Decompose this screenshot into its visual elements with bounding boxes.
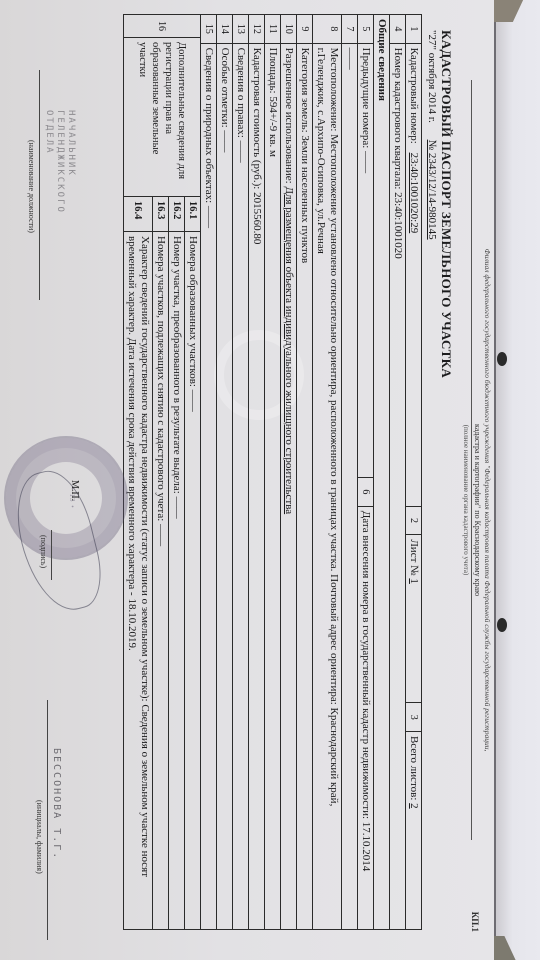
previous-numbers: —— bbox=[360, 151, 372, 173]
transformed-plot: —— bbox=[171, 497, 183, 519]
table-row: 14 Особые отметки: —— bbox=[217, 15, 233, 930]
table-row: 4 Номер кадастрового квартала: 23:40:100… bbox=[390, 15, 406, 930]
signature-caption: (подпись) bbox=[39, 535, 48, 568]
row-number: 13 bbox=[233, 15, 249, 44]
row-number: 7 bbox=[342, 15, 358, 44]
row-7-value: —— bbox=[342, 43, 358, 929]
row-number: 16 bbox=[124, 15, 200, 38]
document-date-line: "27" октября 2014 г. № 2343/12/14-980145 bbox=[426, 30, 438, 240]
form-code: КП.1 bbox=[470, 912, 480, 932]
row-number: 8 bbox=[313, 15, 342, 44]
land-category: Земли населенных пунктов bbox=[299, 135, 311, 263]
field-label: Номер участка, преобразованного в резуль… bbox=[171, 236, 183, 494]
row-number: 3 bbox=[406, 703, 422, 732]
row-number: 16.1 bbox=[185, 197, 201, 232]
table-row: 13 Сведения о правах: —— bbox=[233, 15, 249, 930]
table-row: 15 Сведения о природных объектах: —— bbox=[201, 15, 217, 930]
special-notes-cell: Особые отметки: —— bbox=[217, 43, 233, 929]
cadastral-number: 23:40:1001020:29 bbox=[408, 153, 420, 234]
row-number: 10 bbox=[281, 15, 297, 44]
cadastral-number-cell: Кадастровый номер: 23:40:1001020:29 bbox=[406, 43, 422, 506]
field-label: Сведения о правах: bbox=[235, 48, 247, 138]
section-heading: Общие сведения bbox=[374, 15, 390, 930]
field-label: Номера участков, подлежащих снятию с кад… bbox=[155, 236, 167, 521]
row-number: 15 bbox=[201, 15, 217, 44]
row-number: 1 bbox=[406, 15, 422, 44]
sheet-number-cell: Лист № 1 bbox=[406, 535, 422, 703]
section-16-label: Дополнительные сведения для регистрации … bbox=[124, 38, 200, 197]
area-cell: Площадь: 594+/-9 кв. м bbox=[265, 43, 281, 929]
row-number: 16.2 bbox=[169, 197, 185, 232]
removed-plots-cell: Номера участков, подлежащих снятию с кад… bbox=[153, 232, 169, 930]
table-row: Общие сведения bbox=[374, 15, 390, 930]
field-label: Кадастровая стоимость (руб.): bbox=[251, 48, 263, 190]
row-number: 11 bbox=[265, 15, 281, 44]
special-notes: —— bbox=[219, 130, 231, 152]
natural-objects-cell: Сведения о природных объектах: —— bbox=[201, 43, 217, 929]
cadastral-value-cell: Кадастровая стоимость (руб.): 2015560.80 bbox=[249, 43, 265, 929]
field-label: Характер сведений государственного кадас… bbox=[139, 236, 151, 702]
transformed-plot-cell: Номер участка, преобразованного в резуль… bbox=[169, 232, 185, 930]
name-line bbox=[47, 700, 48, 940]
field-label: Номер кадастрового квартала: bbox=[392, 48, 404, 190]
document-date: "27" октября 2014 г. bbox=[426, 30, 438, 123]
field-label: Предыдущие номера: bbox=[360, 48, 372, 149]
removed-plots: —— bbox=[155, 524, 167, 546]
binding-hole bbox=[497, 618, 507, 632]
rights: —— bbox=[235, 141, 247, 163]
field-label: Лист № bbox=[408, 539, 420, 575]
table-row: 16 Дополнительные сведения для регистрац… bbox=[124, 15, 201, 930]
quarter-number-cell: Номер кадастрового квартала: 23:40:10010… bbox=[390, 43, 406, 929]
signature-line bbox=[51, 530, 52, 580]
row-number: 4 bbox=[390, 15, 406, 44]
previous-numbers-cell: Предыдущие номера: —— bbox=[358, 43, 374, 477]
cadastral-value: 2015560.80 bbox=[251, 192, 263, 244]
binding-hole bbox=[497, 352, 507, 366]
natural-objects: —— bbox=[203, 206, 215, 228]
name-caption: (инициалы, фамилия) bbox=[35, 800, 44, 874]
sheet-number: 1 bbox=[408, 578, 420, 584]
table-row: 1 Кадастровый номер: 23:40:1001020:29 2 … bbox=[406, 15, 422, 930]
row-number: 16.3 bbox=[153, 197, 169, 232]
location-address: г.Геленджик, с.Архипо-Осиповка, ул.Речна… bbox=[315, 48, 327, 254]
formed-plots: —— bbox=[187, 390, 199, 412]
field-label: Дата внесения номера в государственный к… bbox=[360, 511, 372, 819]
organization-name-cont: кадастра и картографии" по Краснодарском… bbox=[473, 360, 482, 660]
document-title: КАДАСТРОВЫЙ ПАСПОРТ ЗЕМЕЛЬНОГО УЧАСТКА bbox=[438, 30, 454, 378]
formed-plots-cell: Номера образованных участков: —— bbox=[185, 232, 201, 930]
permitted-use: Для размещения объекта индивидуального ж… bbox=[283, 186, 295, 514]
table-row: 5 Предыдущие номера: —— 6 Дата внесения … bbox=[358, 15, 374, 930]
signature-area: НАЧАЛЬНИК ГЕЛЕНДЖИКСКОГО ОТДЕЛА (наимено… bbox=[0, 0, 84, 960]
row-number: 9 bbox=[297, 15, 313, 44]
field-label: Сведения о природных объектах: bbox=[203, 48, 215, 204]
total-sheets-cell: Всего листов: 2 bbox=[406, 732, 422, 930]
name-stamp: БЕССОНОВА Т.Г. bbox=[51, 748, 62, 860]
stamp-line: ОТДЕЛА bbox=[43, 110, 54, 214]
area: 594+/-9 кв. м bbox=[267, 96, 279, 157]
stamp-line: НАЧАЛЬНИК bbox=[65, 110, 76, 214]
table-row: 8 Местоположение: Местоположение установ… bbox=[313, 15, 342, 930]
table-row: 10 Разрешенное использование: Для размещ… bbox=[281, 15, 297, 930]
field-label: Всего листов: bbox=[408, 736, 420, 800]
row-number: 6 bbox=[358, 478, 374, 507]
location-cell: Местоположение: Местоположение установле… bbox=[313, 43, 342, 929]
quarter-number: 23:40:1001020 bbox=[392, 192, 404, 259]
seal-place-label: М.П. bbox=[69, 480, 80, 501]
registration-date: 17.10.2014 bbox=[360, 822, 372, 872]
organization-name: Филиал федерального государственного бюд… bbox=[483, 60, 492, 940]
field-label: Местоположение: bbox=[328, 48, 340, 132]
adjacent-page bbox=[494, 0, 540, 960]
total-sheets: 2 bbox=[408, 803, 420, 809]
row-number: 2 bbox=[406, 506, 422, 535]
land-category-cell: Категория земель: Земли населенных пункт… bbox=[297, 43, 313, 929]
header-rule bbox=[471, 80, 472, 840]
permitted-use-cell: Разрешенное использование: Для размещени… bbox=[281, 43, 297, 929]
field-label: Особые отметки: bbox=[219, 48, 231, 128]
location: Местоположение установлено относительно … bbox=[328, 134, 340, 806]
row-number: 14 bbox=[217, 15, 233, 44]
registration-date-cell: Дата внесения номера в государственный к… bbox=[358, 506, 374, 929]
table-row: 11 Площадь: 594+/-9 кв. м bbox=[265, 15, 281, 930]
field-label: Категория земель: bbox=[299, 48, 311, 133]
table-row: 12 Кадастровая стоимость (руб.): 2015560… bbox=[249, 15, 265, 930]
field-label: Площадь: bbox=[267, 48, 279, 94]
stamp-line: ГЕЛЕНДЖИКСКОГО bbox=[54, 110, 65, 214]
row-number: 12 bbox=[249, 15, 265, 44]
section-16: 16 Дополнительные сведения для регистрац… bbox=[124, 15, 201, 930]
cadastral-table: 1 Кадастровый номер: 23:40:1001020:29 2 … bbox=[123, 14, 422, 930]
field-label: Номера образованных участков: bbox=[187, 236, 199, 387]
table-row: 7 —— bbox=[342, 15, 358, 930]
table-row: 9 Категория земель: Земли населенных пун… bbox=[297, 15, 313, 930]
cadastral-passport-sheet: Филиал федерального государственного бюд… bbox=[0, 0, 494, 960]
organization-caption: (полное наименование органа кадастрового… bbox=[462, 400, 470, 600]
document-number: № 2343/12/14-980145 bbox=[426, 140, 438, 240]
row-number: 5 bbox=[358, 15, 374, 44]
position-line bbox=[39, 70, 40, 300]
position-stamp: НАЧАЛЬНИК ГЕЛЕНДЖИКСКОГО ОТДЕЛА bbox=[43, 110, 76, 214]
rights-cell: Сведения о правах: —— bbox=[233, 43, 249, 929]
field-label: Кадастровый номер: bbox=[408, 48, 420, 144]
document-photo: Филиал федерального государственного бюд… bbox=[0, 0, 494, 960]
record-status-cell: Характер сведений государственного кадас… bbox=[124, 232, 153, 930]
section-16-table: 16 Дополнительные сведения для регистрац… bbox=[124, 15, 200, 929]
field-label: Разрешенное использование: bbox=[283, 48, 295, 184]
position-caption: (наименование должности) bbox=[27, 140, 36, 233]
row-number: 16.4 bbox=[124, 197, 153, 232]
